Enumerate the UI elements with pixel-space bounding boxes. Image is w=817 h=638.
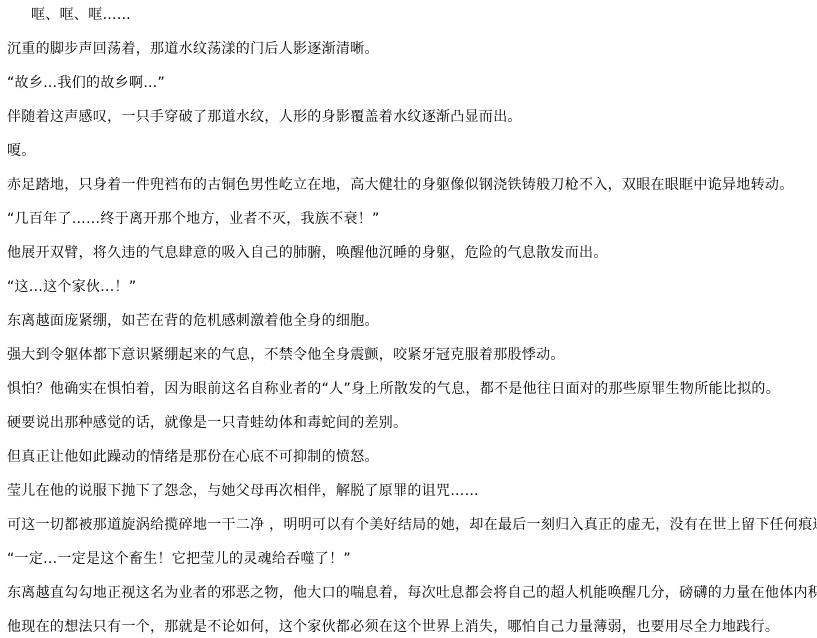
document-page: 哐、哐、哐…… 沉重的脚步声回荡着，那道水纹荡漾的门后人影逐渐清晰。 “故乡…我… [0, 0, 817, 638]
paragraph: 惧怕？他确实在惧怕着，因为眼前这名自称业者的“人”身上所散发的气息，都不是他往日… [7, 381, 813, 398]
paragraph: 伴随着这声感叹，一只手穿破了那道水纹，人形的身影覆盖着水纹逐渐凸显而出。 [7, 109, 813, 126]
paragraph: 莹儿在他的说服下抛下了怨念，与她父母再次相伴，解脱了原罪的诅咒…… [7, 483, 813, 500]
paragraph: 沉重的脚步声回荡着，那道水纹荡漾的门后人影逐渐清晰。 [7, 41, 813, 58]
paragraph: 哐、哐、哐…… [7, 7, 813, 24]
paragraph: 强大到令躯体都下意识紧绷起来的气息，不禁令他全身震颤，咬紧牙冠克服着那股悸动。 [7, 347, 813, 364]
paragraph: 但真正让他如此躁动的情绪是那份在心底不可抑制的愤怒。 [7, 449, 813, 466]
paragraph: 东离越面庞紧绷，如芒在背的危机感刺激着他全身的细胞。 [7, 313, 813, 330]
paragraph: “几百年了……终于离开那个地方，业者不灭，我族不衰！” [7, 211, 813, 228]
paragraph: 硬要说出那种感觉的话，就像是一只青蛙幼体和毒蛇间的差别。 [7, 415, 813, 432]
paragraph: 他现在的想法只有一个，那就是不论如何，这个家伙都必须在这个世界上消失，哪怕自己力… [7, 619, 813, 636]
paragraph: 嗄。 [7, 143, 813, 160]
paragraph: “这...这个家伙...！” [7, 279, 813, 296]
paragraph: 东离越直勾勾地正视这名为业者的邪恶之物，他大口的喘息着，每次吐息都会将自己的超人… [7, 585, 813, 602]
paragraph: 赤足踏地，只身着一件兜裆布的古铜色男性屹立在地，高大健壮的身躯像似钢浇铁铸般刀枪… [7, 177, 813, 194]
paragraph: 可这一切都被那道旋涡给揽碎地一干二净 ，明明可以有个美好结局的她，却在最后一刻归… [7, 517, 813, 534]
paragraph: “一定...一定是这个畜生！它把莹儿的灵魂给吞噬了！” [7, 551, 813, 568]
paragraph: 他展开双臂，将久违的气息肆意的吸入自己的肺腑，唤醒他沉睡的身躯，危险的气息散发而… [7, 245, 813, 262]
paragraph: “故乡…我们的故乡啊…” [7, 75, 813, 92]
